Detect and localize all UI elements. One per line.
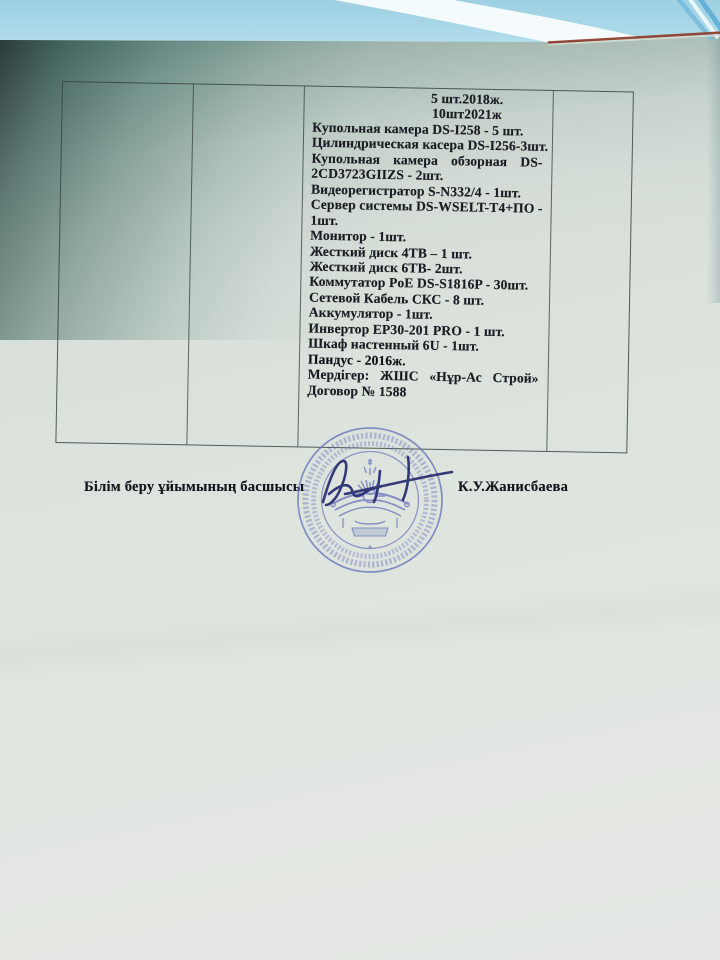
equipment-line: Шкаф настенный 6U - 1шт. — [308, 336, 539, 356]
table-column-divider — [546, 91, 554, 451]
paper-crease — [0, 500, 720, 760]
equipment-list-cell: 5 шт.2018ж. 10шт2021ж Купольная камера D… — [307, 89, 544, 402]
equipment-line: Аккумулятор - 1шт. — [309, 305, 540, 325]
equipment-line: Видеорегистратор S-N332/4 - 1шт. — [311, 181, 542, 201]
inventory-table: 5 шт.2018ж. 10шт2021ж Купольная камера D… — [55, 81, 634, 453]
signatory-title: Білім беру ұйымының басшысы — [84, 479, 304, 496]
table-column-divider — [186, 84, 194, 444]
equipment-line: 10шт2021ж — [312, 104, 543, 124]
equipment-line: 5 шт.2018ж. — [313, 89, 544, 109]
paper-edge-line — [548, 33, 720, 45]
equipment-line: 2CD3723GIIZS - 2шт. — [311, 166, 542, 186]
equipment-line: Купольная камера обзорная DS- — [311, 150, 542, 170]
paper-edge-overlay — [0, 0, 720, 960]
glass-streaks-icon — [676, 0, 720, 40]
equipment-line: Монитор - 1шт. — [310, 228, 541, 248]
equipment-line: Пандус - 2016ж. — [308, 351, 539, 371]
paper-top-shadow — [0, 30, 720, 340]
official-seal-stamp-icon — [294, 424, 446, 576]
equipment-line: Мердігер: ЖШС «Нұр-Ас Строй» — [308, 367, 539, 387]
table-column-divider — [297, 86, 305, 446]
equipment-line: Цилиндрическая касера DS-I256-3шт. — [312, 135, 543, 155]
equipment-line: 1шт. — [310, 212, 541, 232]
equipment-line: Инвертор EP30-201 PRO - 1 шт. — [308, 320, 539, 340]
equipment-line: Договор № 1588 — [307, 382, 538, 402]
equipment-line: Сетевой Кабель СКС - 8 шт. — [309, 289, 540, 309]
signatory-name: К.У.Жанисбаева — [458, 479, 568, 496]
equipment-line: Сервер системы DS-WSELT-T4+ПО - — [311, 197, 542, 217]
swoosh-decoration-icon — [0, 0, 720, 48]
background-top-band — [0, 0, 720, 48]
equipment-line: Жесткий диск 4ТВ – 1 шт. — [310, 243, 541, 263]
equipment-line: Жесткий диск 6ТВ- 2шт. — [310, 259, 541, 279]
paper-right-edge-shade — [707, 33, 720, 303]
paper-sheet: 5 шт.2018ж. 10шт2021ж Купольная камера D… — [0, 0, 720, 960]
equipment-line: Купольная камера DS-I258 - 5 шт. — [312, 120, 543, 140]
handwritten-signature — [300, 445, 460, 515]
equipment-line: Коммутатор PoE DS-S1816P - 30шт. — [309, 274, 540, 294]
